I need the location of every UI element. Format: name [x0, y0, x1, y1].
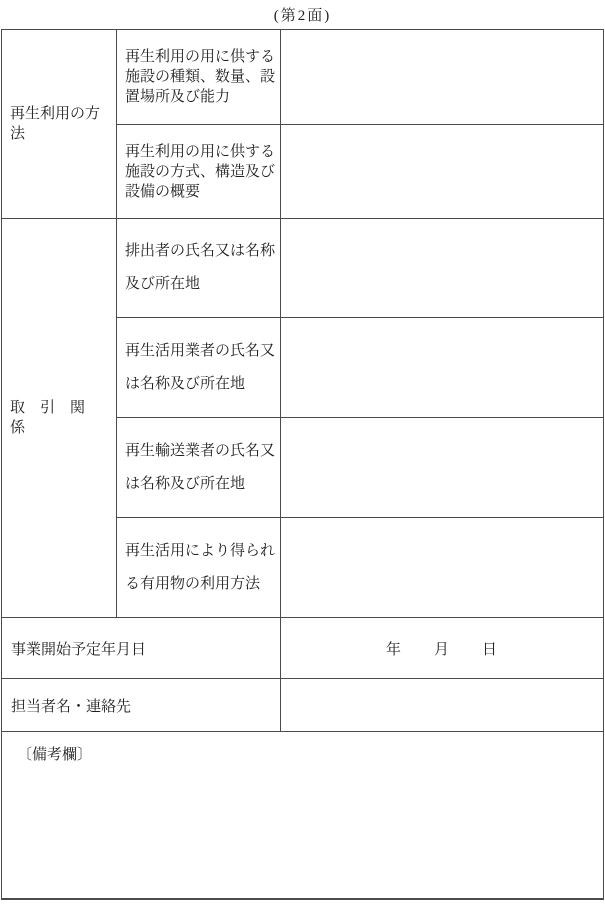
row-discharger: 取 引 関 係 排出者の氏名又は名称 及び所在地 [2, 219, 604, 318]
field-label-facility-spec: 再生利用の用に供する 施設の種類、数量、設 置場所及び能力 [117, 30, 281, 125]
field-input-transporter [281, 418, 604, 518]
field-input-useful-products [281, 518, 604, 618]
remarks-label: 〔備考欄〕 [2, 732, 604, 899]
field-label-contact: 担当者名・連絡先 [2, 679, 281, 732]
field-input-recycler [281, 318, 604, 418]
row-start-date: 事業開始予定年月日 年 月 日 [2, 618, 604, 679]
field-label-facility-structure: 再生利用の用に供する 施設の方式、構造及び 設備の概要 [117, 125, 281, 219]
row-facility-spec: 再生利用の方法 再生利用の用に供する 施設の種類、数量、設 置場所及び能力 [2, 30, 604, 125]
field-input-discharger [281, 219, 604, 318]
group-label-transaction: 取 引 関 係 [2, 219, 117, 618]
field-input-contact [281, 679, 604, 732]
field-label-transporter: 再生輸送業者の氏名又 は名称及び所在地 [117, 418, 281, 518]
field-input-facility-spec [281, 30, 604, 125]
form-page: (第2面) 再生利用の方法 再生利用の用に供する 施設の種類、数量、設 置場所及… [0, 0, 605, 904]
group-label-recycle-method: 再生利用の方法 [2, 30, 117, 219]
page-title: (第2面) [0, 0, 605, 29]
field-label-recycler: 再生活用業者の氏名又 は名称及び所在地 [117, 318, 281, 418]
row-contact: 担当者名・連絡先 [2, 679, 604, 732]
field-input-start-date: 年 月 日 [281, 618, 604, 679]
field-label-discharger: 排出者の氏名又は名称 及び所在地 [117, 219, 281, 318]
application-form-table: 再生利用の方法 再生利用の用に供する 施設の種類、数量、設 置場所及び能力 再生… [1, 29, 604, 900]
row-remarks: 〔備考欄〕 [2, 732, 604, 899]
field-input-facility-structure [281, 125, 604, 219]
field-label-start-date: 事業開始予定年月日 [2, 618, 281, 679]
field-label-useful-products: 再生活用により得られ る有用物の利用方法 [117, 518, 281, 618]
